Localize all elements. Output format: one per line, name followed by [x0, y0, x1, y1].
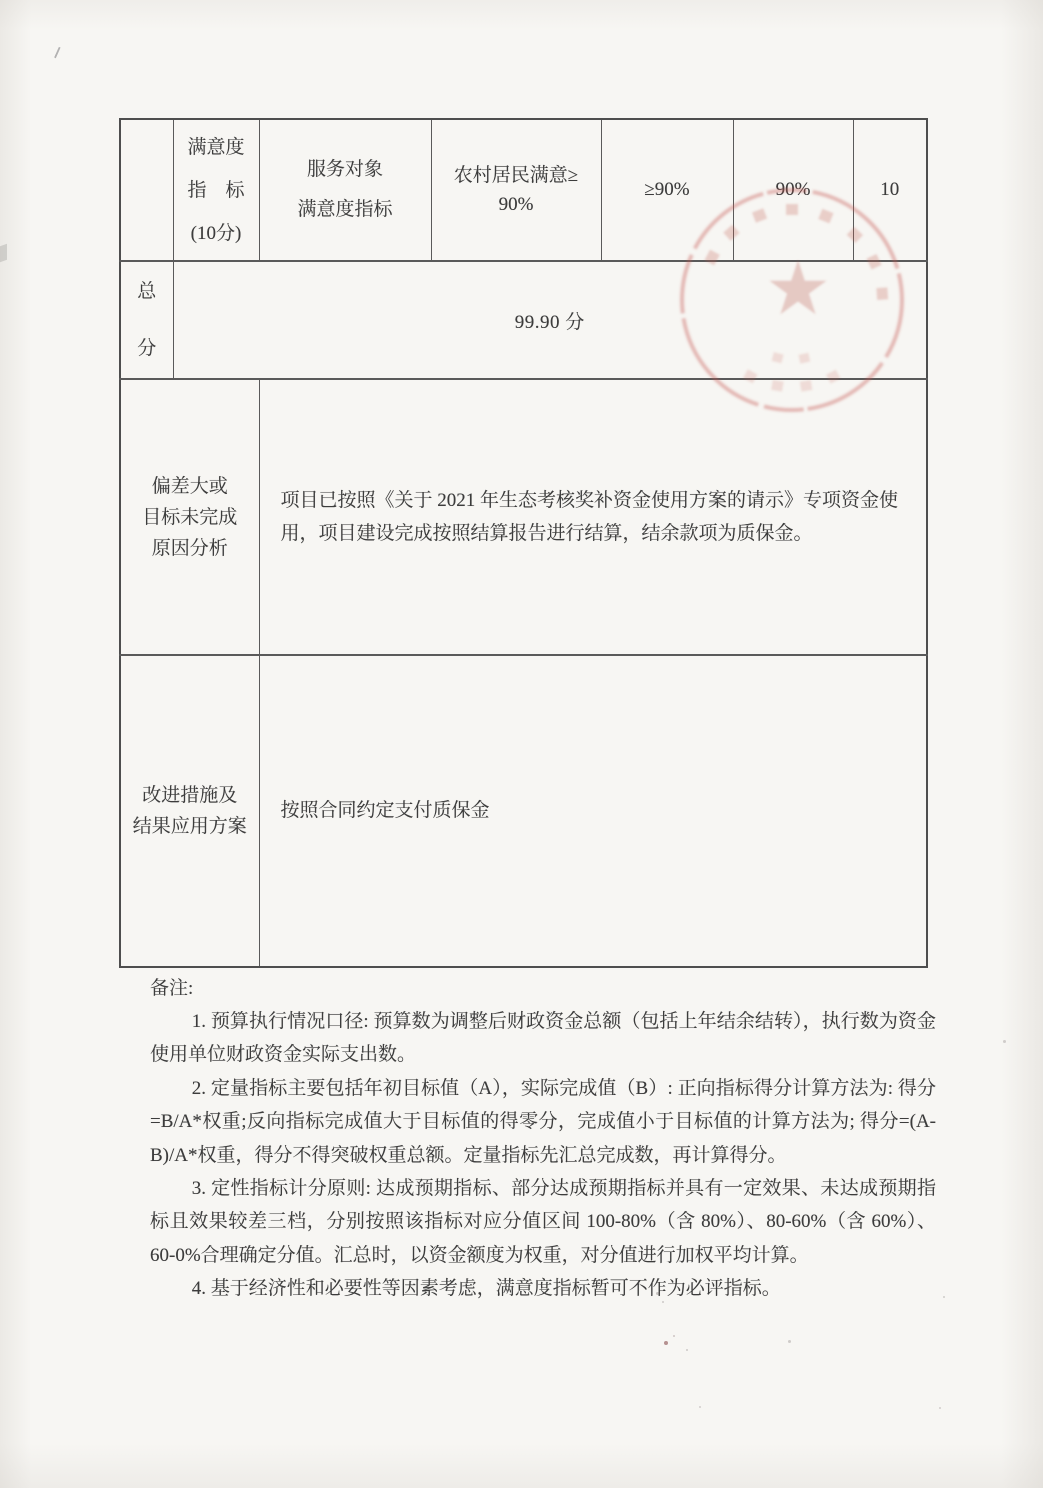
table-row-deviation-analysis: 偏差大或 目标未完成 原因分析 项目已按照《关于 2021 年生态考核奖补资金使… [120, 379, 927, 655]
scan-speck [939, 1407, 941, 1409]
pencil-mark [54, 47, 67, 62]
cell-rural-resident-indicator: 农村居民满意≥ 90% [431, 119, 601, 261]
improvement-plan-label: 改进措施及 结果应用方案 [120, 655, 259, 967]
cell-score: 10 [853, 119, 927, 261]
edge-smudge [0, 244, 7, 263]
table-row-improvement-plan: 改进措施及 结果应用方案 按照合同约定支付质保金 [120, 655, 927, 967]
scan-speck [943, 1296, 945, 1298]
table-row-satisfaction: 满意度 指 标 (10分) 服务对象 满意度指标 农村居民满意≥ 90% ≥90… [120, 119, 927, 261]
note-item-2: 2. 定量指标主要包括年初目标值（A），实际完成值（B）: 正向指标得分计算方法… [150, 1072, 936, 1172]
scan-speck [686, 1349, 688, 1351]
scan-speck [788, 1340, 791, 1343]
note-item-1: 1. 预算执行情况口径: 预算数为调整后财政资金总额（包括上年结余结转），执行数… [150, 1005, 936, 1072]
scanned-document-page: 满意度 指 标 (10分) 服务对象 满意度指标 农村居民满意≥ 90% ≥90… [0, 0, 1043, 1488]
improvement-plan-content: 按照合同约定支付质保金 [259, 655, 927, 967]
cell-target-value: ≥90% [601, 119, 733, 261]
scan-speck [673, 1335, 675, 1337]
scan-speck [1003, 1040, 1006, 1043]
total-score-label: 总 分 [120, 261, 173, 379]
scan-speck [699, 1406, 701, 1408]
cell-empty-group [120, 119, 173, 261]
note-item-3: 3. 定性指标计分原则: 达成预期指标、部分达成预期指标并具有一定效果、未达成预… [150, 1172, 936, 1272]
cell-actual-value: 90% [733, 119, 853, 261]
cell-satisfaction-category: 满意度 指 标 (10分) [173, 119, 259, 261]
notes-title: 备注: [150, 973, 936, 1005]
notes-section: 备注: 1. 预算执行情况口径: 预算数为调整后财政资金总额（包括上年结余结转）… [150, 973, 936, 1306]
note-item-4: 4. 基于经济性和必要性等因素考虑，满意度指标暂可不作为必评指标。 [150, 1272, 936, 1305]
total-score-value: 99.90 分 [173, 261, 927, 379]
scan-speck [664, 1341, 668, 1345]
cell-service-target-indicator: 服务对象 满意度指标 [259, 119, 431, 261]
table-row-total-score: 总 分 99.90 分 [120, 261, 927, 379]
performance-evaluation-table: 满意度 指 标 (10分) 服务对象 满意度指标 农村居民满意≥ 90% ≥90… [119, 118, 928, 968]
scan-speck [656, 1292, 659, 1295]
deviation-analysis-content: 项目已按照《关于 2021 年生态考核奖补资金使用方案的请示》专项资金使用，项目… [259, 379, 927, 655]
scan-speck [662, 1301, 664, 1303]
deviation-analysis-label: 偏差大或 目标未完成 原因分析 [120, 379, 259, 655]
